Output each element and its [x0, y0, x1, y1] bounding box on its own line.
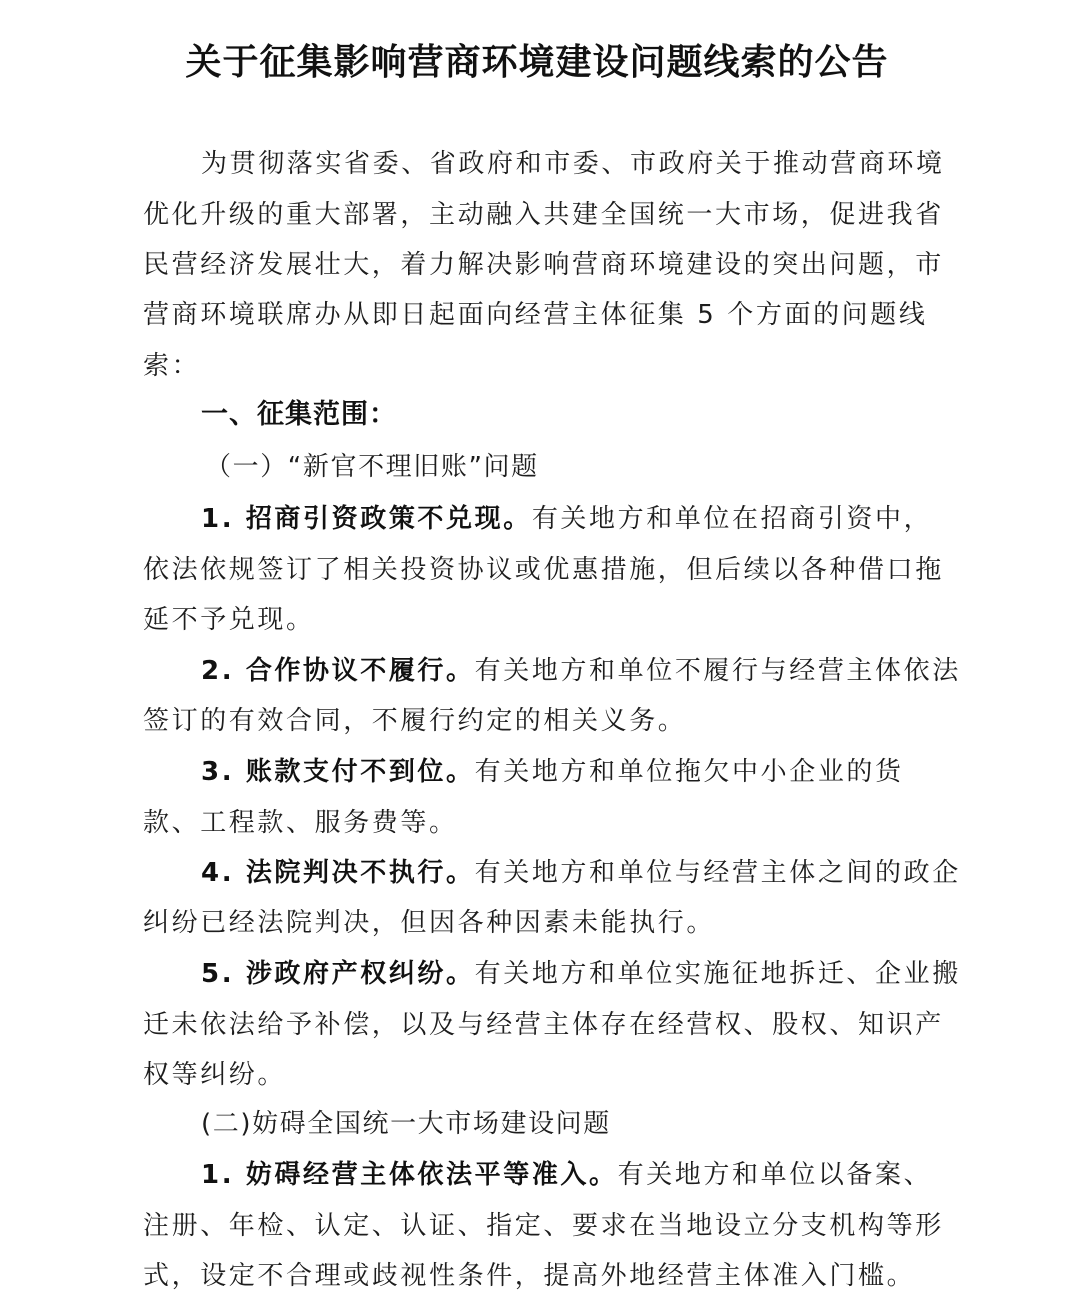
document-title: 关于征集影响营商环境建设问题线索的公告: [0, 34, 1074, 85]
intro-line: 为贯彻落实省委、省政府和市委、市政府关于推动营商环境: [201, 147, 945, 181]
item-lead: 4. 法院判决不执行。: [201, 858, 475, 888]
item-lead: 2. 合作协议不履行。: [201, 656, 475, 686]
item-lead: 5. 涉政府产权纠纷。: [201, 959, 475, 989]
item-text: 有关地方和单位在招商引资中，: [532, 504, 932, 534]
item-text: 纠纷已经法院判决，但因各种因素未能执行。: [143, 906, 715, 940]
item-text: 有关地方和单位拖欠中小企业的货: [475, 757, 904, 787]
item-text: 有关地方和单位实施征地拆迁、企业搬: [475, 959, 961, 989]
item-text: 式，设定不合理或歧视性条件，提高外地经营主体准入门槛。: [143, 1259, 915, 1293]
item-text: 有关地方和单位与经营主体之间的政企: [475, 858, 961, 888]
item-text: 签订的有效合同，不履行约定的相关义务。: [143, 704, 686, 738]
item-lead: 1. 妨碍经营主体依法平等准入。: [201, 1160, 618, 1190]
subsection-heading: (二)妨碍全国统一大市场建设问题: [201, 1107, 611, 1141]
item-text: 有关地方和单位以备案、: [618, 1160, 933, 1190]
intro-line: 民营经济发展壮大，着力解决影响营商环境建设的突出问题，市: [143, 248, 944, 282]
intro-line: 营商环境联席办从即日起面向经营主体征集 5 个方面的问题线: [143, 298, 927, 332]
section-heading: 一、征集范围：: [201, 398, 397, 432]
item-text: 款、工程款、服务费等。: [143, 806, 458, 840]
subsection-heading: （一）“新官不理旧账”问题: [205, 450, 539, 484]
intro-line: 优化升级的重大部署，主动融入共建全国统一大市场，促进我省: [143, 198, 944, 232]
item-text: 依法依规签订了相关投资协议或优惠措施，但后续以各种借口拖: [143, 553, 944, 587]
item-text: 迁未依法给予补偿，以及与经营主体存在经营权、股权、知识产: [143, 1008, 944, 1042]
item-text: 延不予兑现。: [143, 603, 315, 637]
item-text: 权等纠纷。: [143, 1058, 286, 1092]
item-text: 有关地方和单位不履行与经营主体依法: [475, 656, 961, 686]
intro-line: 索：: [143, 349, 200, 383]
item-lead: 1. 招商引资政策不兑现。: [201, 504, 532, 534]
item-lead: 3. 账款支付不到位。: [201, 757, 475, 787]
item-text: 注册、年检、认定、认证、指定、要求在当地设立分支机构等形: [143, 1209, 944, 1243]
